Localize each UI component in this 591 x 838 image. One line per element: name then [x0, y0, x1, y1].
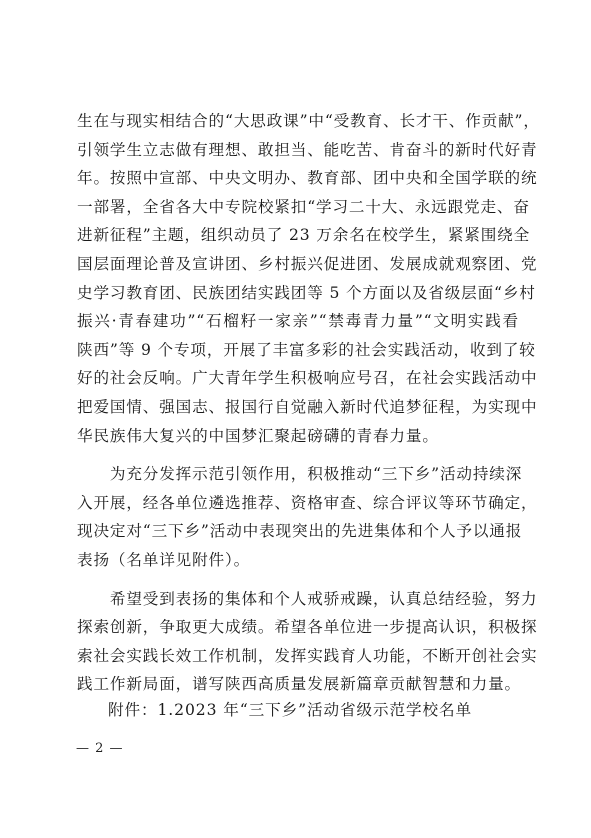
paragraph-2: 为充分发挥示范引领作用，积极推动“三下乡”活动持续深 入开展，经各单位遴选推荐、… [77, 460, 519, 574]
paragraph-1: 生在与现实相结合的“大思政课”中“受教育、长才干、作贡献”， 引领学生立志做有理… [77, 107, 519, 450]
paragraph-spacer [77, 575, 519, 585]
text-line: 表扬（名单详见附件）。 [77, 546, 519, 575]
text-line: 为充分发挥示范引领作用，积极推动“三下乡”活动持续深 [77, 460, 519, 489]
text-line: 国层面理论普及宣讲团、乡村振兴促进团、发展成就观察团、党 [77, 250, 519, 279]
text-line: 践工作新局面，谱写陕西高质量发展新篇章贡献智慧和力量。 [77, 670, 519, 699]
text-line: 探索创新，争取更大成绩。希望各单位进一步提高认识，积极探 [77, 613, 519, 642]
document-page: 生在与现实相结合的“大思政课”中“受教育、长才干、作贡献”， 引领学生立志做有理… [0, 0, 591, 838]
text-line: 索社会实践长效工作机制，发挥实践育人功能，不断开创社会实 [77, 642, 519, 671]
text-line: 振兴·青春建功”“石榴籽一家亲”“禁毒青力量”“文明实践看 [77, 307, 519, 336]
text-line: 希望受到表扬的集体和个人戒骄戒躁，认真总结经验，努力 [77, 585, 519, 614]
text-line: 史学习教育团、民族团结实践团等 5 个方面以及省级层面“乡村 [77, 279, 519, 308]
text-line: 现决定对“三下乡”活动中表现突出的先进集体和个人予以通报 [77, 517, 519, 546]
document-body: 生在与现实相结合的“大思政课”中“受教育、长才干、作贡献”， 引领学生立志做有理… [77, 107, 519, 699]
text-line: 好的社会反响。广大青年学生积极响应号召，在社会实践活动中 [77, 364, 519, 393]
text-line: 生在与现实相结合的“大思政课”中“受教育、长才干、作贡献”， [77, 107, 519, 136]
text-line: 把爱国情、强国志、报国行自觉融入新时代追梦征程，为实现中 [77, 393, 519, 422]
paragraph-spacer [77, 450, 519, 460]
text-line: 引领学生立志做有理想、敢担当、能吃苦、肯奋斗的新时代好青 [77, 136, 519, 165]
text-line: 进新征程”主题，组织动员了 23 万余名在校学生，紧紧围绕全 [77, 221, 519, 250]
attachment-line: 附件：1.2023 年“三下乡”活动省级示范学校名单 [108, 698, 472, 722]
text-line: 陕西”等 9 个专项，开展了丰富多彩的社会实践活动，收到了较 [77, 336, 519, 365]
text-line: 年。按照中宣部、中央文明办、教育部、团中央和全国学联的统 [77, 164, 519, 193]
text-line: 入开展，经各单位遴选推荐、资格审查、综合评议等环节确定， [77, 489, 519, 518]
text-line: 华民族伟大复兴的中国梦汇聚起磅礴的青春力量。 [77, 422, 519, 451]
paragraph-3: 希望受到表扬的集体和个人戒骄戒躁，认真总结经验，努力 探索创新，争取更大成绩。希… [77, 585, 519, 699]
page-number: — 2 — [76, 741, 124, 756]
text-line: 一部署，全省各大中专院校紧扣“学习二十大、永远跟党走、奋 [77, 193, 519, 222]
